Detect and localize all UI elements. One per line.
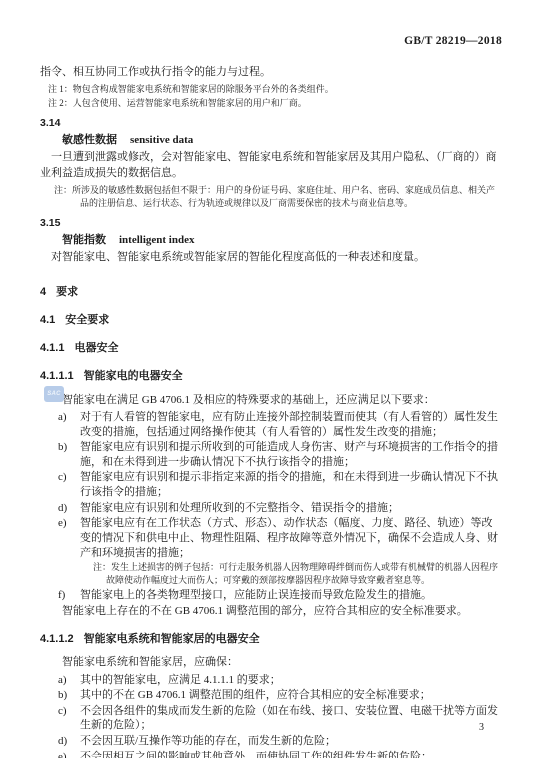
term-definition: 一旦遭到泄露或修改，会对智能家电、智能家电系统和智能家居及其用户隐私、（厂商的）… <box>40 149 502 182</box>
list-item: d) 不会因互联/互操作等功能的存在，而发生新的危险； <box>58 734 502 749</box>
note: 注 1：物包含构成智能家电系统和智能家居的除服务平台外的各类组件。 <box>40 83 502 97</box>
term-title: 敏感性数据sensitive data <box>40 133 502 148</box>
list-item: f) 智能家电上的各类物理型接口，应能防止误连接而导致危险发生的措施。 <box>58 588 502 603</box>
list-item: e) 不会因相互之间的影响或其他意外，而使协同工作的组件发生新的危险； <box>58 750 502 758</box>
note: 注：所涉及的敏感性数据包括但不限于：用户的身份证号码、家庭住址、用户名、密码、家… <box>40 184 502 211</box>
term-zh: 敏感性数据 <box>62 134 117 146</box>
list-item-text: 智能家电应有识别和提示非指定来源的指令的措施，和在未得到进一步确认情况下不执行该… <box>80 470 502 499</box>
term-zh: 智能指数 <box>62 234 106 246</box>
list-item: b) 智能家电应有识别和提示所收到的可能造成人身伤害、财产与环境损害的工作指令的… <box>58 440 502 469</box>
requirement-list: f) 智能家电上的各类物理型接口，应能防止误连接而导致危险发生的措施。 <box>40 588 502 603</box>
list-item-label: a) <box>58 673 80 688</box>
list-item-label: c) <box>58 704 80 733</box>
term-en: sensitive data <box>130 134 193 146</box>
list-item-text: 智能家电应有在工作状态（方式、形态）、动作状态（幅度、力度、路径、轨迹）等改变的… <box>80 516 502 560</box>
term-en: intelligent index <box>119 234 194 246</box>
doc-number: GB/T 28219—2018 <box>40 34 502 49</box>
list-item-label: c) <box>58 470 80 499</box>
section-heading-4: 4要求 <box>40 285 502 300</box>
list-item-text: 其中的不在 GB 4706.1 调整范围的组件，应符合其相应的安全标准要求； <box>80 688 502 703</box>
list-item-text: 不会因互联/互操作等功能的存在，而发生新的危险； <box>80 734 502 749</box>
section-closing: 智能家电上存在的不在 GB 4706.1 调整范围的部分，应符合其相应的安全标准… <box>40 604 502 619</box>
list-item-label: e) <box>58 750 80 758</box>
list-item: b) 其中的不在 GB 4706.1 调整范围的组件，应符合其相应的安全标准要求… <box>58 688 502 703</box>
requirement-list: a) 对于有人看管的智能家电，应有防止连接外部控制装置而使其（有人看管的）属性发… <box>40 410 502 560</box>
term-number: 3.14 <box>40 116 502 131</box>
list-item: e) 智能家电应有在工作状态（方式、形态）、动作状态（幅度、力度、路径、轨迹）等… <box>58 516 502 560</box>
list-item-label: b) <box>58 440 80 469</box>
list-item-text: 不会因相互之间的影响或其他意外，而使协同工作的组件发生新的危险； <box>80 750 502 758</box>
list-item-text: 其中的智能家电，应满足 4.1.1.1 的要求； <box>80 673 502 688</box>
carryover-paragraph: 指令、相互协同工作或执行指令的能力与过程。 <box>40 65 502 80</box>
list-item: c) 不会因各组件的集成而发生新的危险（如在布线、接口、安装位置、电磁干扰等方面… <box>58 704 502 733</box>
list-item-label: d) <box>58 734 80 749</box>
list-item-label: d) <box>58 501 80 516</box>
list-item-label: e) <box>58 516 80 560</box>
list-item-label: f) <box>58 588 80 603</box>
list-item: a) 对于有人看管的智能家电，应有防止连接外部控制装置而使其（有人看管的）属性发… <box>58 410 502 439</box>
section-intro: 智能家电在满足 GB 4706.1 及相应的特殊要求的基础上，还应满足以下要求： <box>40 393 502 408</box>
term-title: 智能指数intelligent index <box>40 233 502 248</box>
list-item-text: 智能家电应有识别和提示所收到的可能造成人身伤害、财产与环境损害的工作指令的措施，… <box>80 440 502 469</box>
list-item-text: 对于有人看管的智能家电，应有防止连接外部控制装置而使其（有人看管的）属性发生改变… <box>80 410 502 439</box>
section-heading-4-1-1: 4.1.1电器安全 <box>40 341 502 356</box>
section-heading-4-1-1-2: 4.1.1.2智能家电系统和智能家居的电器安全 <box>40 632 502 647</box>
list-item: c) 智能家电应有识别和提示非指定来源的指令的措施，和在未得到进一步确认情况下不… <box>58 470 502 499</box>
term-number: 3.15 <box>40 216 502 231</box>
sac-watermark-badge: SAC <box>44 386 64 402</box>
list-item: d) 智能家电应有识别和处理所收到的不完整指令、错误指令的措施； <box>58 501 502 516</box>
list-item-text: 不会因各组件的集成而发生新的危险（如在布线、接口、安装位置、电磁干扰等方面发生新… <box>80 704 502 733</box>
section-heading-4-1-1-1: 4.1.1.1智能家电的电器安全 <box>40 369 502 384</box>
term-definition: 对智能家电、智能家电系统或智能家居的智能化程度高低的一种表述和度量。 <box>40 249 502 266</box>
list-item-label: b) <box>58 688 80 703</box>
page-number: 3 <box>479 721 484 734</box>
note: 注：发生上述损害的例子包括：可行走服务机器人因物理障碍绊倒而伤人或带有机械臂的机… <box>40 561 502 587</box>
list-item-text: 智能家电上的各类物理型接口，应能防止误连接而导致危险发生的措施。 <box>80 588 502 603</box>
document-page: GB/T 28219—2018 指令、相互协同工作或执行指令的能力与过程。 注 … <box>0 0 536 758</box>
note: 注 2：人包含使用、运营智能家电系统和智能家居的用户和厂商。 <box>40 97 502 111</box>
list-item-text: 智能家电应有识别和处理所收到的不完整指令、错误指令的措施； <box>80 501 502 516</box>
list-item-label: a) <box>58 410 80 439</box>
requirement-list: a) 其中的智能家电，应满足 4.1.1.1 的要求； b) 其中的不在 GB … <box>40 673 502 758</box>
list-item: a) 其中的智能家电，应满足 4.1.1.1 的要求； <box>58 673 502 688</box>
section-heading-4-1: 4.1安全要求 <box>40 313 502 328</box>
section-intro: 智能家电系统和智能家居，应确保： <box>40 655 502 670</box>
